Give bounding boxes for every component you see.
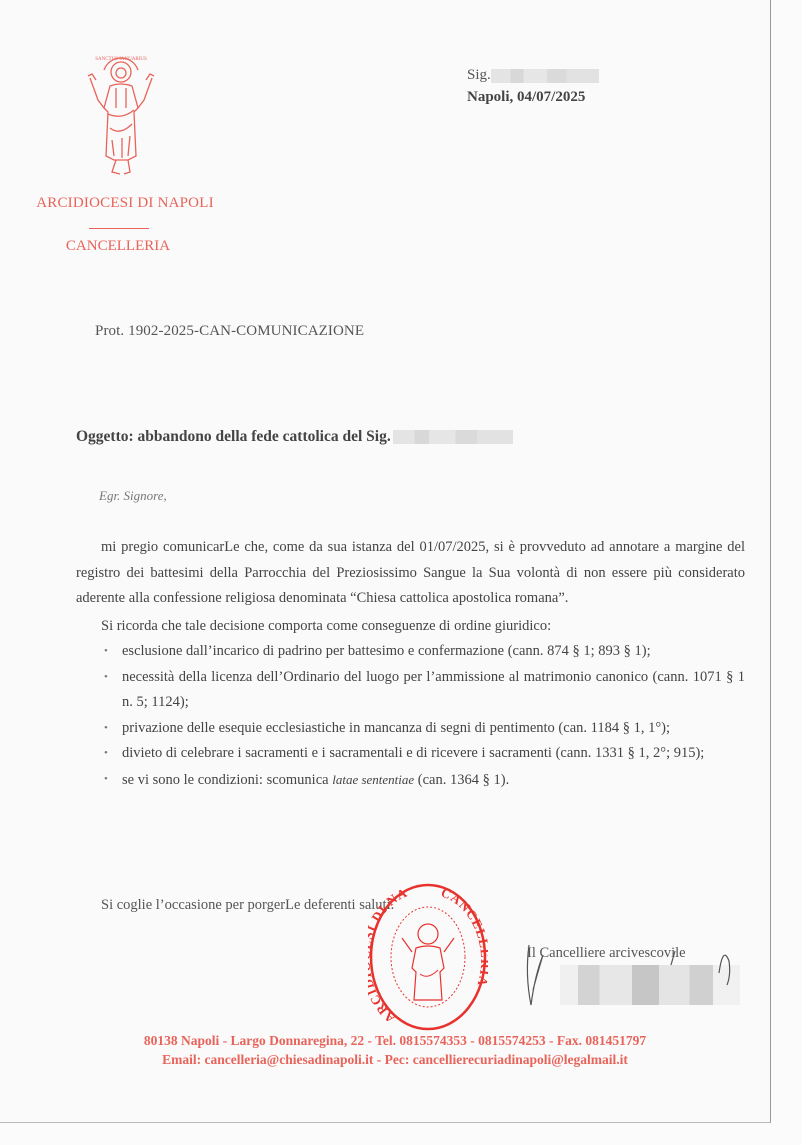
handwritten-signature-stroke <box>523 935 743 1035</box>
svg-text:ARCIDIOCESI DI NAPOLI: ARCIDIOCESI DI NAPOLI <box>368 882 410 1026</box>
list-item-text: (can. 1364 § 1). <box>414 772 509 788</box>
protocol-number: Prot. 1902-2025-CAN-COMUNICAZIONE <box>95 323 364 340</box>
recipient-prefix: Sig. <box>467 67 491 83</box>
consequences-intro: Si ricorda che tale decisione comporta c… <box>76 614 745 640</box>
saint-januarius-figure-icon: SANCTUS IANUARIUS <box>82 48 158 180</box>
latin-term: latae sententiae <box>332 772 414 787</box>
list-item: divieto di celebrare i sacramenti e i sa… <box>122 741 745 767</box>
header-divider <box>89 228 149 229</box>
organization-name: ARCIDIOCESI DI NAPOLI <box>30 195 220 212</box>
recipient-block: Sig. Napoli, 04/07/2025 <box>467 64 599 108</box>
seal-text-left: ARCIDIOCESI DI NAPOLI <box>368 882 410 1026</box>
list-item: privazione delle esequie ecclesiastiche … <box>122 716 745 742</box>
consequences-list: esclusione dall’incarico di padrino per … <box>76 639 745 793</box>
letter-body: mi pregio comunicarLe che, come da sua i… <box>76 535 745 793</box>
footer-contacts: Email: cancelleria@chiesadinapoli.it - P… <box>100 1050 690 1069</box>
footer-address: 80138 Napoli - Largo Donnaregina, 22 - T… <box>100 1031 690 1050</box>
list-item-text: se vi sono le condizioni: scomunica <box>122 772 332 788</box>
subject-line: Oggetto: abbandono della fede cattolica … <box>76 428 513 446</box>
department-name: CANCELLERIA <box>30 238 206 255</box>
greeting: Egr. Signore, <box>99 488 167 504</box>
list-item: se vi sono le condizioni: scomunica lata… <box>122 767 745 794</box>
subject-text: Oggetto: abbandono della fede cattolica … <box>76 428 391 445</box>
redacted-recipient-name <box>491 69 599 83</box>
place-date: Napoli, 04/07/2025 <box>467 86 599 108</box>
official-seal-icon: ARCIDIOCESI DI NAPOLI CANCELLERIA <box>368 882 488 1032</box>
list-item: necessità della licenza dell’Ordinario d… <box>122 665 745 716</box>
svg-text:SANCTUS IANUARIUS: SANCTUS IANUARIUS <box>95 57 147 62</box>
letter-page: SANCTUS IANUARIUS ARCIDIOCESI DI NAPOLI … <box>0 0 771 1123</box>
body-paragraph: mi pregio comunicarLe che, come da sua i… <box>76 535 745 612</box>
redacted-subject-name <box>393 430 513 444</box>
list-item: esclusione dall’incarico di padrino per … <box>122 639 745 665</box>
closing-salutation: Si coglie l’occasione per porgerLe defer… <box>101 897 394 914</box>
letterhead-footer: 80138 Napoli - Largo Donnaregina, 22 - T… <box>100 1031 690 1069</box>
